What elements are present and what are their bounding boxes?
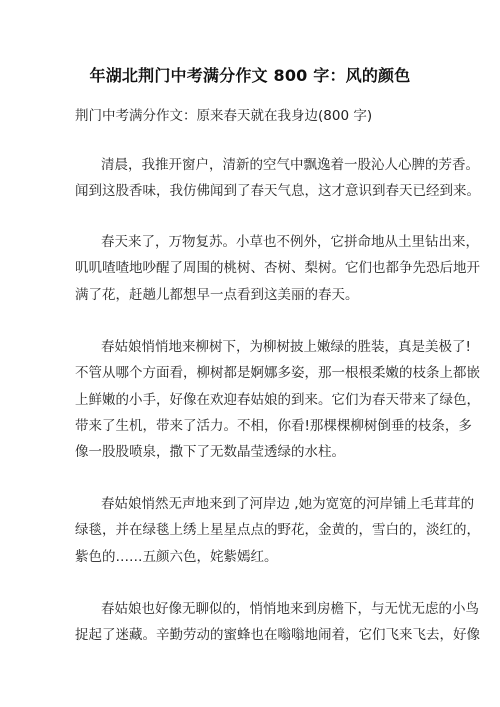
paragraph-line: 叽叽喳喳地吵醒了周围的桃树、杏树、梨树。它们也都争先恐后地开 (75, 255, 455, 281)
paragraph-line: 满了花，赶趟儿都想早一点看到这美丽的春天。 (75, 282, 455, 308)
paragraph-line: 带来了生机，带来了活力。不相，你看!那棵棵柳树倒垂的枝条，多 (75, 413, 455, 439)
document-subtitle: 荆门中考满分作文：原来春天就在我身边(800 字) (75, 104, 372, 124)
paragraph-line: 春姑娘悄悄地来柳树下，为柳树披上嫩绿的胜装，真是美极了! (75, 334, 455, 360)
paragraph-2: 春天来了，万物复苏。小草也不例外，它拼命地从土里钻出来， 叽叽喳喳地吵醒了周围的… (75, 229, 455, 308)
paragraph-line: 春姑娘也好像无聊似的，悄悄地来到房檐下，与无忧无虑的小鸟 (75, 596, 455, 622)
paragraph-line: 捉起了迷藏。辛勤劳动的蜜蜂也在嗡嗡地闹着，它们飞来飞去，好像 (75, 622, 455, 648)
paragraph-1: 清晨，我推开窗户，清新的空气中飘逸着一股沁人心脾的芳香。 闻到这股香味，我仿佛闻… (75, 152, 455, 205)
paragraph-line: 清晨，我推开窗户，清新的空气中飘逸着一股沁人心脾的芳香。 (75, 152, 455, 178)
paragraph-line: 春姑娘悄然无声地来到了河岸边 ,她为宽宽的河岸铺上毛茸茸的 (75, 491, 455, 517)
paragraph-line: 春天来了，万物复苏。小草也不例外，它拼命地从土里钻出来， (75, 229, 455, 255)
paragraph-line: 上鲜嫩的小手，好像在欢迎春姑娘的到来。它们为春天带来了绿色， (75, 387, 455, 413)
paragraph-3: 春姑娘悄悄地来柳树下，为柳树披上嫩绿的胜装，真是美极了! 不管从哪个方面看，柳树… (75, 334, 455, 465)
paragraph-5: 春姑娘也好像无聊似的，悄悄地来到房檐下，与无忧无虑的小鸟 捉起了迷藏。辛勤劳动的… (75, 596, 455, 649)
paragraph-4: 春姑娘悄然无声地来到了河岸边 ,她为宽宽的河岸铺上毛茸茸的 绿毯，并在绿毯上绣上… (75, 491, 455, 570)
paragraph-line: 不管从哪个方面看，柳树都是婀娜多姿，那一根根柔嫩的枝条上都嵌 (75, 360, 455, 386)
paragraph-line: 像一股股喷泉，撒下了无数晶莹透绿的水柱。 (75, 439, 455, 465)
paragraph-line: 闻到这股香味，我仿佛闻到了春天气息，这才意识到春天已经到来。 (75, 178, 455, 204)
document-title: 年湖北荆门中考满分作文 800 字：风的颜色 (0, 63, 500, 86)
paragraph-line: 绿毯，并在绿毯上绣上星星点点的野花，金黄的，雪白的，淡红的， (75, 517, 455, 543)
paragraph-line: 紫色的……五颜六色，姹紫嫣红。 (75, 544, 455, 570)
